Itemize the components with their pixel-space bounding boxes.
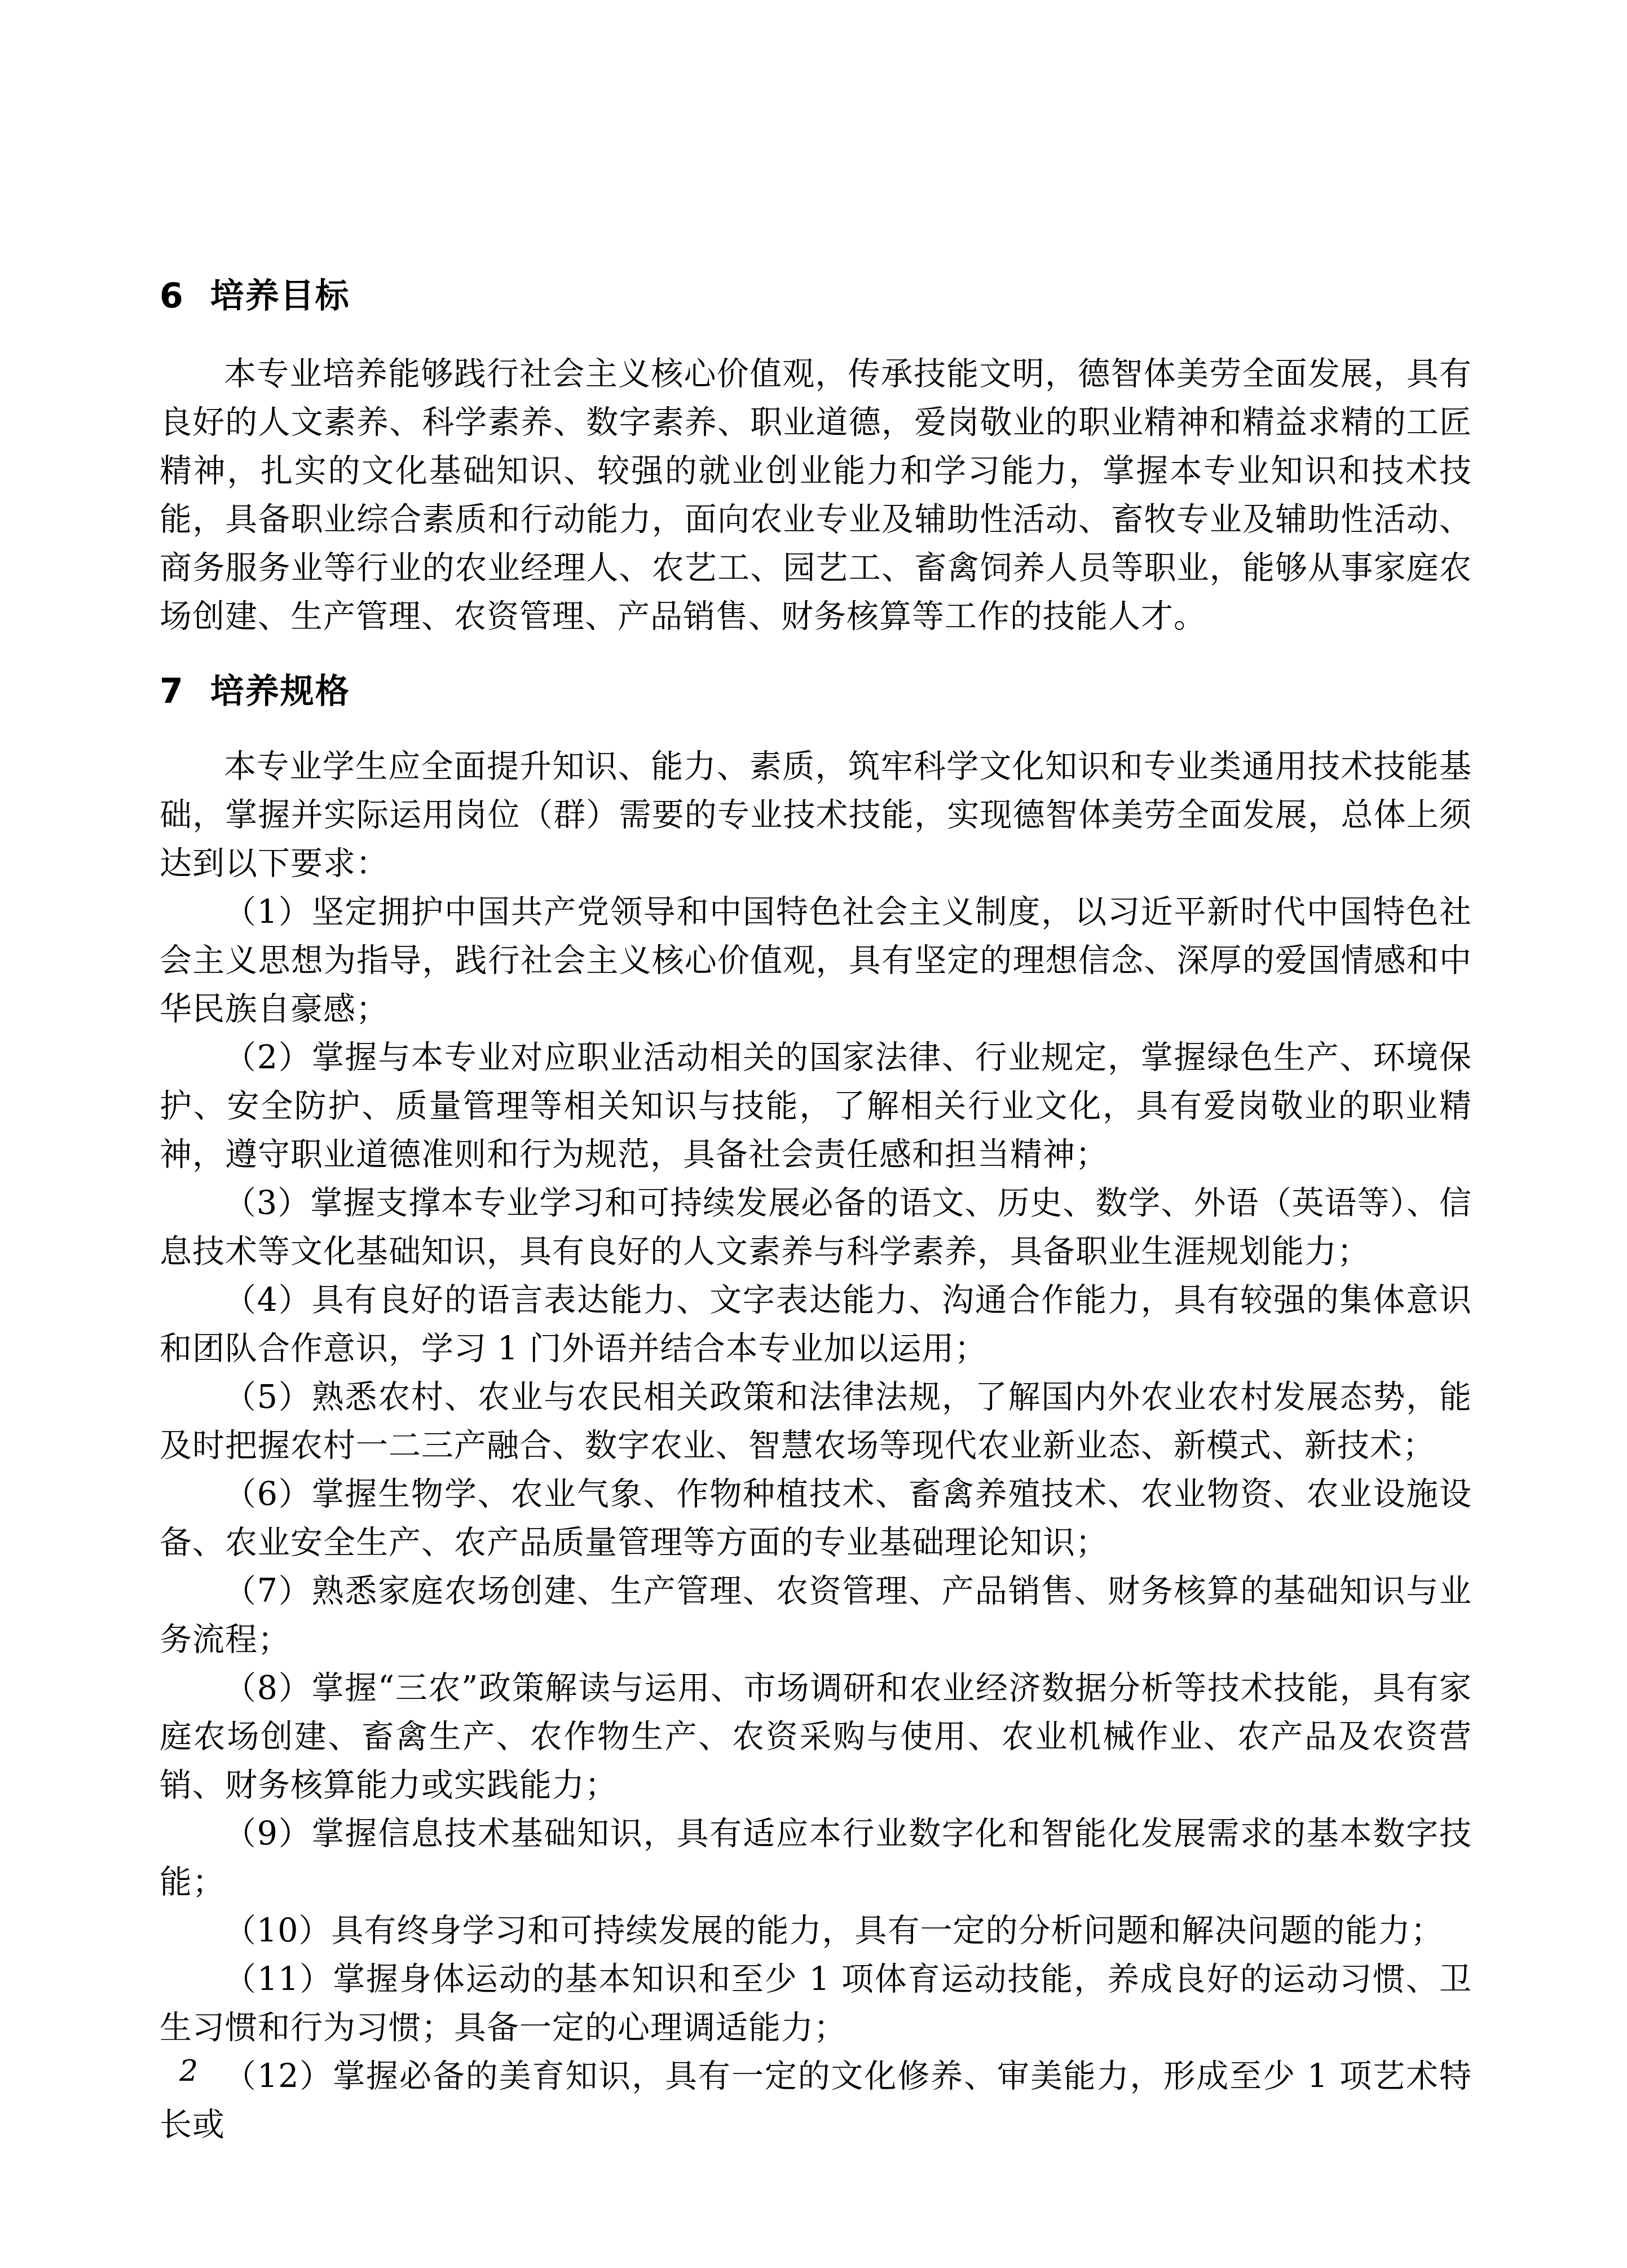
training-spec-intro-paragraph: 本专业学生应全面提升知识、能力、素质，筑牢科学文化知识和专业类通用技术技能基础，… (160, 742, 1472, 888)
requirement-item-7: （7）熟悉家庭农场创建、生产管理、农资管理、产品销售、财务核算的基础知识与业务流… (160, 1567, 1472, 1664)
section-heading-7: 7培养规格 (160, 666, 1472, 717)
requirement-item-6: （6）掌握生物学、农业气象、作物种植技术、畜禽养殖技术、农业物资、农业设施设备、… (160, 1470, 1472, 1567)
requirement-item-4: （4）具有良好的语言表达能力、文字表达能力、沟通合作能力，具有较强的集体意识和团… (160, 1276, 1472, 1373)
requirement-item-3: （3）掌握支撑本专业学习和可持续发展必备的语文、历史、数学、外语（英语等）、信息… (160, 1179, 1472, 1276)
section-number: 7 (160, 666, 184, 717)
training-objective-paragraph: 本专业培养能够践行社会主义核心价值观，传承技能文明，德智体美劳全面发展，具有良好… (160, 350, 1472, 641)
requirement-item-12: （12）掌握必备的美育知识，具有一定的文化修养、审美能力，形成至少 1 项艺术特… (160, 2052, 1472, 2149)
requirement-item-9: （9）掌握信息技术基础知识，具有适应本行业数字化和智能化发展需求的基本数字技能； (160, 1809, 1472, 1906)
requirement-item-5: （5）熟悉农村、农业与农民相关政策和法律法规，了解国内外农业农村发展态势，能及时… (160, 1373, 1472, 1470)
page-number: 2 (179, 2054, 199, 2088)
section-heading-6: 6培养目标 (160, 271, 1472, 322)
section-number: 6 (160, 271, 184, 322)
requirement-item-10: （10）具有终身学习和可持续发展的能力，具有一定的分析问题和解决问题的能力； (160, 1906, 1472, 1955)
section-title: 培养规格 (210, 672, 350, 711)
requirement-item-1: （1）坚定拥护中国共产党领导和中国特色社会主义制度，以习近平新时代中国特色社会主… (160, 888, 1472, 1033)
section-title: 培养目标 (210, 276, 350, 316)
requirement-item-8: （8）掌握“三农”政策解读与运用、市场调研和农业经济数据分析等技术技能，具有家庭… (160, 1664, 1472, 1809)
document-page: 6培养目标 本专业培养能够践行社会主义核心价值观，传承技能文明，德智体美劳全面发… (0, 0, 1627, 2268)
requirement-item-11: （11）掌握身体运动的基本知识和至少 1 项体育运动技能，养成良好的运动习惯、卫… (160, 1955, 1472, 2052)
requirement-item-2: （2）掌握与本专业对应职业活动相关的国家法律、行业规定，掌握绿色生产、环境保护、… (160, 1033, 1472, 1179)
